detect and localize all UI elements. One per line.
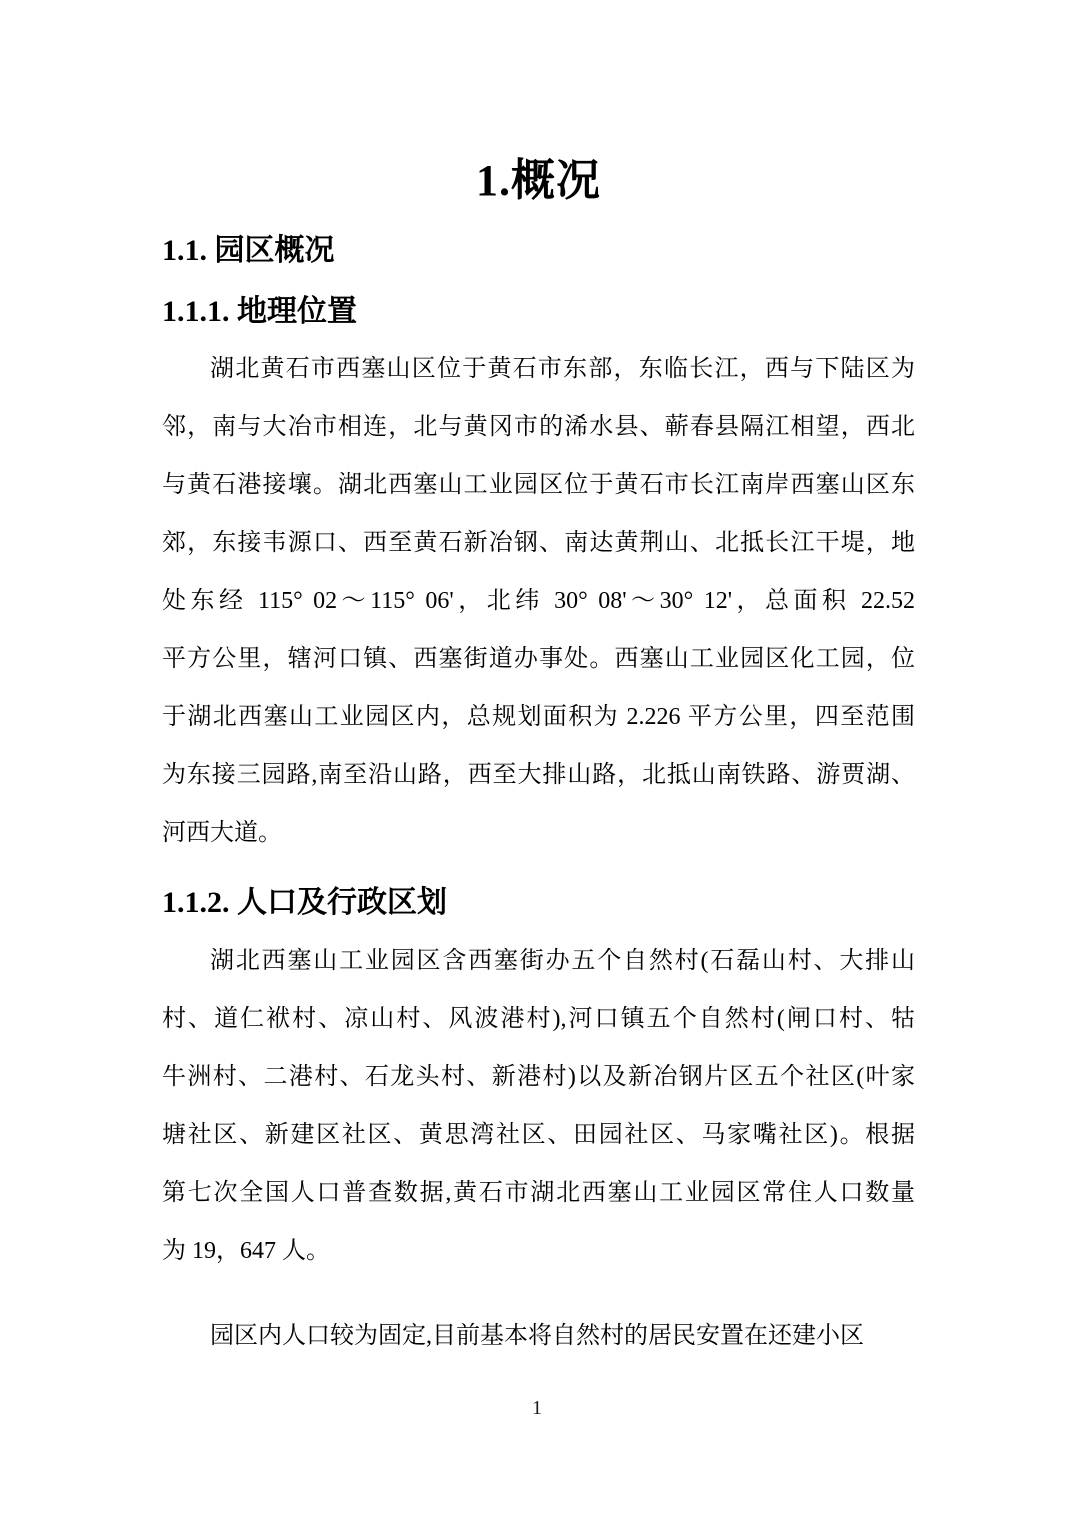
section-heading-1-1: 1.1. 园区概况: [162, 206, 915, 266]
section-heading-1-1-2: 1.1.2. 人口及行政区划: [162, 862, 915, 918]
text-line: 湖北黄石市西塞山区位于黄石市东部，东临长江，西与下陆区为: [162, 340, 915, 398]
text-line: 村、道仁袱村、凉山村、风波港村),河口镇五个自然村(闸口村、牯: [162, 990, 915, 1048]
text-line: 河西大道。: [162, 804, 915, 862]
text-line: 湖北西塞山工业园区含西塞街办五个自然村(石磊山村、大排山: [162, 932, 915, 990]
paragraph-population: 湖北西塞山工业园区含西塞街办五个自然村(石磊山村、大排山 村、道仁袱村、凉山村、…: [162, 918, 915, 1280]
document-content: 1.概况 1.1. 园区概况 1.1.1. 地理位置 湖北黄石市西塞山区位于黄石…: [0, 0, 1074, 1365]
document-page: 1.概况 1.1. 园区概况 1.1.1. 地理位置 湖北黄石市西塞山区位于黄石…: [0, 0, 1074, 1520]
section-heading-1-1-1: 1.1.1. 地理位置: [162, 266, 915, 327]
text-line: 牛洲村、二港村、石龙头村、新港村)以及新冶钢片区五个社区(叶家: [162, 1048, 915, 1106]
text-line: 平方公里，辖河口镇、西塞街道办事处。西塞山工业园区化工园，位: [162, 630, 915, 688]
document-title: 1.概况: [162, 0, 915, 206]
paragraph-geography: 湖北黄石市西塞山区位于黄石市东部，东临长江，西与下陆区为 邻，南与大冶市相连，北…: [162, 327, 915, 862]
text-line: 于湖北西塞山工业园区内，总规划面积为 2.226 平方公里，四至范围: [162, 688, 915, 746]
paragraph-residents: 园区内人口较为固定,目前基本将自然村的居民安置在还建小区: [162, 1280, 915, 1365]
text-line: 为 19，647 人。: [162, 1222, 915, 1280]
text-line: 郊，东接韦源口、西至黄石新冶钢、南达黄荆山、北抵长江干堤，地: [162, 514, 915, 572]
text-line: 为东接三园路,南至沿山路，西至大排山路，北抵山南铁路、游贾湖、: [162, 746, 915, 804]
text-line: 与黄石港接壤。湖北西塞山工业园区位于黄石市长江南岸西塞山区东: [162, 456, 915, 514]
text-line: 处东经 115° 02～115° 06'，北纬 30° 08'～30° 12'，…: [162, 572, 915, 630]
text-line: 园区内人口较为固定,目前基本将自然村的居民安置在还建小区: [162, 1307, 915, 1365]
text-line: 邻，南与大冶市相连，北与黄冈市的浠水县、蕲春县隔江相望，西北: [162, 398, 915, 456]
text-line: 第七次全国人口普查数据,黄石市湖北西塞山工业园区常住人口数量: [162, 1164, 915, 1222]
page-number: 1: [0, 1396, 1074, 1420]
text-line: 塘社区、新建区社区、黄思湾社区、田园社区、马家嘴社区)。根据: [162, 1106, 915, 1164]
